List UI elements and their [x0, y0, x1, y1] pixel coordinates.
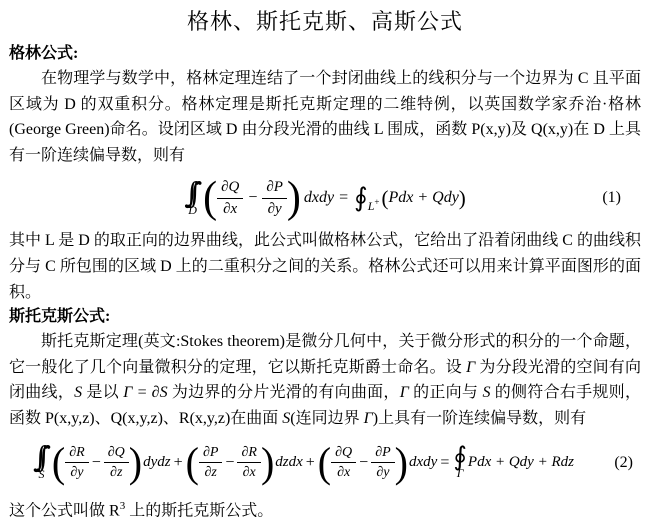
fraction-dP-dz: ∂P ∂z	[199, 444, 222, 482]
italic-var-gamma: Γ	[400, 384, 409, 401]
text-run: (连同边界	[290, 410, 363, 427]
fraction-dQ-dx: ∂Q ∂x	[217, 178, 243, 219]
page-title: 格林、斯托克斯、高斯公式	[9, 6, 641, 38]
numerator: ∂P	[199, 444, 222, 464]
plus-operator: +	[174, 454, 183, 472]
text-run: 这个公式叫做 R	[9, 502, 120, 519]
green-formula: ∫∫ D ( ∂Q ∂x − ∂P ∂y ) dxdy = ∮ L+ ( Pdx…	[9, 169, 641, 227]
denominator: ∂z	[110, 463, 122, 482]
right-paren: )	[287, 180, 301, 217]
differential-dydz: dydz	[143, 454, 171, 471]
italic-var-S: S	[74, 384, 82, 401]
contour-integral-glyph: ∮	[354, 185, 368, 211]
equation-number-2: (2)	[614, 454, 633, 472]
contour-integral-symbol: ∮ Γ	[453, 444, 467, 481]
left-paren: (	[186, 445, 199, 481]
stokes-formula: ∫∫ S ( ∂R ∂y − ∂Q ∂z ) dydz + ( ∂P ∂z − …	[9, 433, 641, 493]
document-page: 格林、斯托克斯、高斯公式 格林公式: 在物理学与数学中，格林定理连结了一个封闭曲…	[0, 0, 650, 522]
denominator: ∂y	[268, 199, 282, 219]
stokes-intro-paragraph: 斯托克斯定理(英文:Stokes theorem)是微分几何中，关于微分形式的积…	[9, 329, 641, 431]
differential-dzdx: dzdx	[275, 454, 303, 471]
rhs-right-paren: )	[459, 188, 466, 209]
text-run: 是以	[82, 384, 123, 401]
plus-operator: +	[306, 454, 315, 472]
numerator: ∂Q	[217, 178, 243, 199]
fraction-dP-dy: ∂P ∂y	[262, 178, 287, 219]
italic-var-gamma: Γ	[466, 359, 475, 376]
integral-subscript-D: D	[188, 203, 197, 218]
right-paren: )	[261, 445, 274, 481]
contour-integral-symbol: ∮ L+	[354, 185, 380, 211]
integral-subscript-S: S	[38, 467, 44, 482]
double-integral-symbol: ∫∫ S	[33, 443, 50, 482]
text-run: 为边界的分片光滑的有向曲面，	[168, 384, 400, 401]
closing-paragraph: 这个公式叫做 R3 上的斯托克斯公式。	[9, 494, 641, 522]
text-run: 上的斯托克斯公式。	[125, 502, 273, 519]
right-paren: )	[395, 445, 408, 481]
minus-operator: −	[92, 454, 101, 472]
text-run: 的正向与	[409, 384, 483, 401]
rhs-expression: Pdx + Qdy + Rdz	[468, 454, 574, 471]
differential-dxdy: dxdy	[304, 189, 334, 207]
numerator: ∂P	[262, 178, 287, 199]
contour-subscript-L-plus: L+	[368, 197, 380, 214]
rhs-expression: Pdx + Qdy	[388, 189, 458, 207]
differential-dxdy: dxdy	[409, 454, 437, 471]
denominator: ∂y	[376, 463, 389, 482]
fraction-dQ-dz: ∂Q ∂z	[104, 444, 129, 482]
green-note-paragraph: 其中 L 是 D 的取正向的边界曲线，此公式叫做格林公式，它给出了沿着闭曲线 C…	[9, 228, 641, 305]
minus-operator: −	[248, 189, 257, 207]
denominator: ∂y	[70, 463, 83, 482]
numerator: ∂Q	[331, 444, 356, 464]
double-integral-symbol: ∫∫ D	[184, 179, 201, 218]
stokes-section-heading: 斯托克斯公式:	[9, 305, 641, 329]
left-paren: (	[318, 445, 331, 481]
minus-operator: −	[359, 454, 368, 472]
numerator: ∂R	[237, 444, 260, 464]
denominator: ∂x	[337, 463, 350, 482]
equals-sign: =	[339, 189, 348, 207]
equation-number-1: (1)	[602, 189, 621, 207]
fraction-dQ-dx: ∂Q ∂x	[331, 444, 356, 482]
text-run: )上具有一阶连续偏导数，则有	[373, 410, 586, 427]
subscript-superscript-plus: +	[374, 197, 379, 207]
denominator: ∂x	[243, 463, 256, 482]
denominator: ∂z	[204, 463, 216, 482]
denominator: ∂x	[223, 199, 237, 219]
italic-var-gamma: Γ	[364, 410, 373, 427]
green-intro-paragraph: 在物理学与数学中，格林定理连结了一个封闭曲线上的线积分与一个边界为 C 且平面区…	[9, 66, 641, 168]
left-paren: (	[203, 180, 217, 217]
numerator: ∂P	[371, 444, 394, 464]
fraction-dR-dy: ∂R ∂y	[65, 444, 88, 482]
left-paren: (	[52, 445, 65, 481]
fraction-dP-dy: ∂P ∂y	[371, 444, 394, 482]
fraction-dR-dx: ∂R ∂x	[237, 444, 260, 482]
italic-expr-gamma-boundary: Γ = ∂S	[123, 384, 167, 401]
equals-sign: =	[440, 454, 449, 472]
numerator: ∂Q	[104, 444, 129, 464]
right-paren: )	[129, 445, 142, 481]
numerator: ∂R	[65, 444, 88, 464]
minus-operator: −	[225, 454, 234, 472]
contour-subscript-gamma: Γ	[457, 466, 464, 481]
green-section-heading: 格林公式:	[9, 42, 641, 66]
